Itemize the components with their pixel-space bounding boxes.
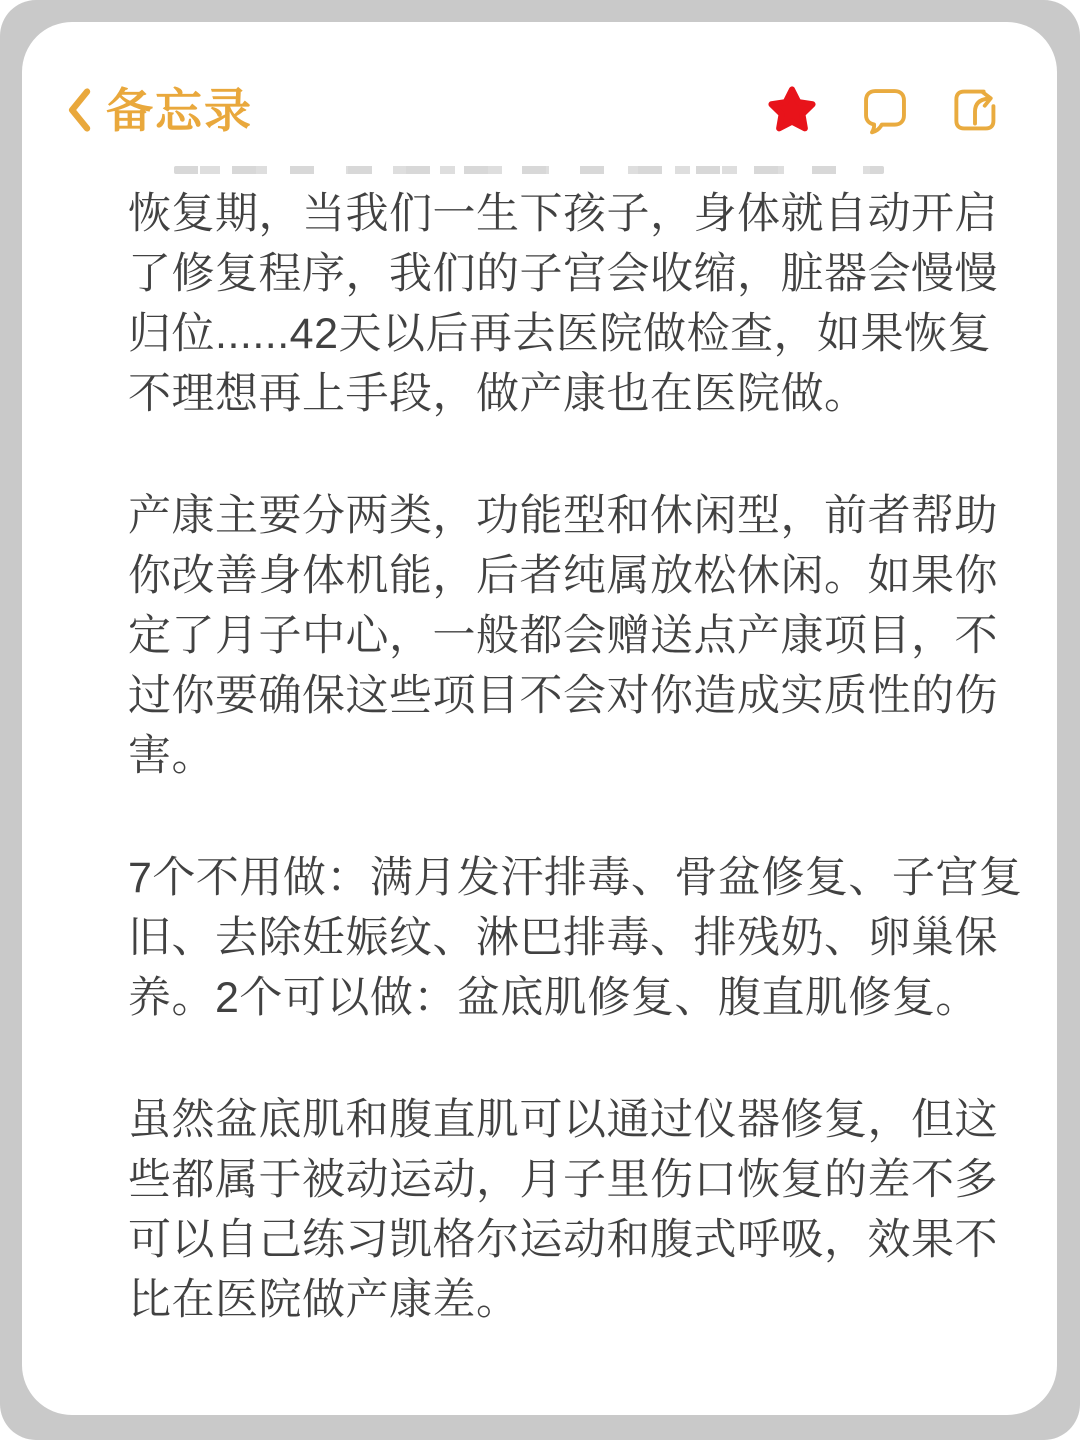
back-label: 备忘录 [106, 87, 253, 134]
text-line: 旧、去除妊娠纹、淋巴排毒、排残奶、卵巢保 [128, 908, 977, 968]
back-button[interactable]: 备忘录 [66, 87, 253, 134]
text-line: 些都属于被动运动，月子里伤口恢复的差不多 [128, 1150, 977, 1210]
share-icon [949, 84, 1001, 136]
text-line: 害。 [128, 726, 977, 786]
comment-bubble-icon [859, 84, 911, 136]
text-line: 你改善身体机能，后者纯属放松休闲。如果你 [128, 546, 977, 606]
text-line: 归位......42天以后再去医院做检查，如果恢复 [128, 304, 977, 364]
favorite-star-icon [763, 82, 821, 138]
favorite-button[interactable] [763, 82, 821, 138]
clipped-previous-line [174, 166, 884, 174]
paragraph-3: 7个不用做：满月发汗排毒、骨盆修复、子宫复 旧、去除妊娠纹、淋巴排毒、排残奶、卵… [128, 848, 977, 1028]
text-line: 虽然盆底肌和腹直肌可以通过仪器修复，但这 [128, 1090, 977, 1150]
text-line: 比在医院做产康差。 [128, 1270, 977, 1330]
text-line: 养。2个可以做：盆底肌修复、腹直肌修复。 [128, 968, 977, 1028]
text-line: 恢复期，当我们一生下孩子，身体就自动开启 [128, 184, 977, 244]
text-line: 产康主要分两类，功能型和休闲型，前者帮助 [128, 486, 977, 546]
comment-button[interactable] [859, 84, 911, 136]
share-button[interactable] [949, 84, 1001, 136]
text-line: 不理想再上手段，做产康也在医院做。 [128, 364, 977, 424]
note-card: 备忘录 [22, 22, 1057, 1415]
screenshot-frame: 备忘录 [0, 0, 1080, 1440]
text-line: 了修复程序，我们的子宫会收缩，脏器会慢慢 [128, 244, 977, 304]
paragraph-1: 恢复期，当我们一生下孩子，身体就自动开启 了修复程序，我们的子宫会收缩，脏器会慢… [128, 184, 977, 424]
nav-bar: 备忘录 [22, 22, 1057, 142]
chevron-left-icon [66, 87, 92, 133]
text-line: 可以自己练习凯格尔运动和腹式呼吸，效果不 [128, 1210, 977, 1270]
text-line: 定了月子中心，一般都会赠送点产康项目，不 [128, 606, 977, 666]
text-line: 过你要确保这些项目不会对你造成实质性的伤 [128, 666, 977, 726]
note-content: 恢复期，当我们一生下孩子，身体就自动开启 了修复程序，我们的子宫会收缩，脏器会慢… [22, 166, 1057, 1330]
paragraph-4: 虽然盆底肌和腹直肌可以通过仪器修复，但这 些都属于被动运动，月子里伤口恢复的差不… [128, 1090, 977, 1330]
paragraph-2: 产康主要分两类，功能型和休闲型，前者帮助 你改善身体机能，后者纯属放松休闲。如果… [128, 486, 977, 786]
text-line: 7个不用做：满月发汗排毒、骨盆修复、子宫复 [128, 848, 977, 908]
nav-actions [763, 82, 1001, 138]
